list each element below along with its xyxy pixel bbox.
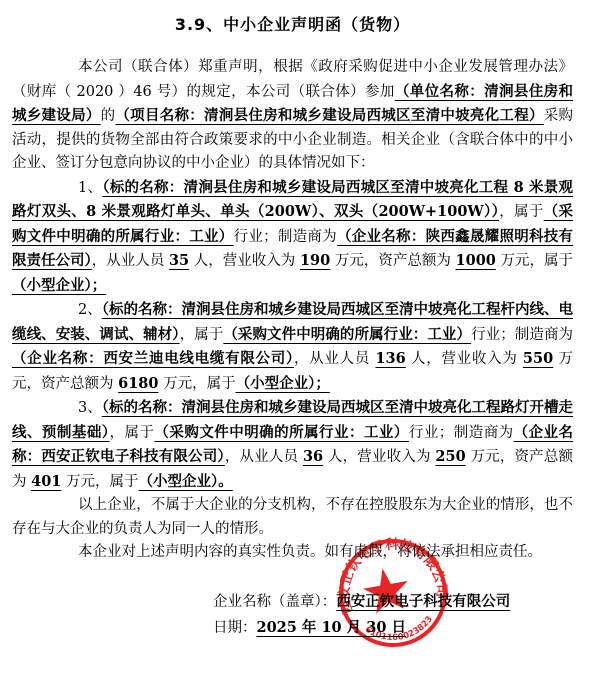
- filled-blank: （采购文件中明确的所属行业：工业）: [154, 424, 408, 441]
- static-text: 万元，属于: [158, 376, 235, 392]
- filled-blank: （小型企业）；: [12, 277, 106, 294]
- static-text: ，从业人员: [92, 253, 169, 269]
- static-text: 人，营业收入为: [406, 351, 523, 367]
- static-text: 人，营业收入为: [323, 449, 435, 465]
- static-text: 本企业对上述声明内容的真实性负责。如有虚假，将依法承担相应责任。: [78, 544, 542, 560]
- filled-blank: （采购文件中明确的所属行业：工业）: [223, 326, 471, 343]
- filled-blank: 6180: [118, 375, 158, 392]
- signature-date-label: 日期：: [213, 620, 257, 636]
- filled-blank: （小型企业）；: [236, 375, 330, 392]
- item-3-paragraph: 3、（标的名称：清涧县住房和城乡建设局西城区至清中坡亮化工程路灯开槽走线、预制基…: [12, 396, 573, 494]
- document-title: 3.9、中小企业声明函（货物）: [12, 13, 573, 36]
- static-text: 人，营业收入为: [189, 253, 300, 269]
- static-text: 行业；制造商为: [234, 229, 337, 245]
- filled-blank: 250: [435, 448, 465, 465]
- filled-blank: 1000: [456, 252, 496, 269]
- filled-blank: 550: [523, 350, 553, 367]
- static-text: ，属于: [180, 327, 224, 343]
- static-text: ，从业人员: [294, 351, 375, 367]
- static-text: 的: [101, 108, 116, 124]
- signature-block: 企业名称（盖章）：西安正钦电子科技有限公司 日期：2025 年 10 月 30 …: [12, 589, 573, 642]
- closing-paragraph-1: 以上企业，不属于大企业的分支机构，不存在控股股东为大企业的情形，也不存在与大企业…: [12, 494, 573, 541]
- static-text: ，属于: [499, 204, 543, 220]
- signature-company-value: 西安正钦电子科技有限公司: [336, 593, 510, 610]
- signature-date-line: 日期：2025 年 10 月 30 日: [213, 615, 573, 642]
- filled-blank: （企业名称：西安兰迪电线电缆有限公司）: [12, 350, 294, 367]
- filled-blank: 190: [300, 252, 330, 269]
- item-1-paragraph: 1、（标的名称：清涧县住房和城乡建设局西城区至清中坡亮化工程 8 米景观路灯双头…: [12, 176, 573, 299]
- filled-blank: 36: [303, 448, 323, 465]
- signature-company-line: 企业名称（盖章）：西安正钦电子科技有限公司: [213, 589, 573, 616]
- static-text: 以上企业，不属于大企业的分支机构，不存在控股股东为大企业的情形，也不存在与大企业…: [12, 497, 573, 537]
- signature-company-label: 企业名称（盖章）：: [213, 594, 336, 610]
- closing-paragraph-2: 本企业对上述声明内容的真实性负责。如有虚假，将依法承担相应责任。: [12, 541, 573, 565]
- item-2-paragraph: 2、（标的名称：清涧县住房和城乡建设局西城区至清中坡亮化工程杆内线、电缆线、安装…: [12, 298, 573, 396]
- filled-blank: 35: [169, 252, 189, 269]
- static-text: 万元，资产总额为: [330, 253, 455, 269]
- static-text: 行业；制造商为: [409, 425, 514, 441]
- filled-blank: （小型企业）。: [139, 473, 233, 490]
- filled-blank: 136: [375, 350, 405, 367]
- static-text: 2、: [78, 302, 102, 318]
- document-body: 本公司（联合体）郑重声明，根据《政府采购促进中小企业发展管理办法》（财库（ 20…: [12, 56, 573, 565]
- signature-date-value: 2025 年 10 月 30 日: [257, 619, 406, 636]
- static-text: 3、: [78, 400, 102, 416]
- document-page: 3.9、中小企业声明函（货物） 本公司（联合体）郑重声明，根据《政府采购促进中小…: [0, 0, 591, 683]
- static-text: 行业；制造商为: [471, 327, 573, 343]
- filled-blank: （项目名称：清涧县住房和城乡建设局西城区至清中坡亮化工程）: [115, 107, 543, 124]
- static-text: 1、: [78, 180, 102, 196]
- intro-paragraph: 本公司（联合体）郑重声明，根据《政府采购促进中小企业发展管理办法》（财库（ 20…: [12, 56, 573, 176]
- filled-blank: 401: [31, 473, 61, 490]
- static-text: ，属于: [110, 425, 155, 441]
- static-text: 万元，属于: [496, 253, 573, 269]
- static-text: 万元，属于: [61, 474, 138, 490]
- static-text: ，从业人员: [225, 449, 303, 465]
